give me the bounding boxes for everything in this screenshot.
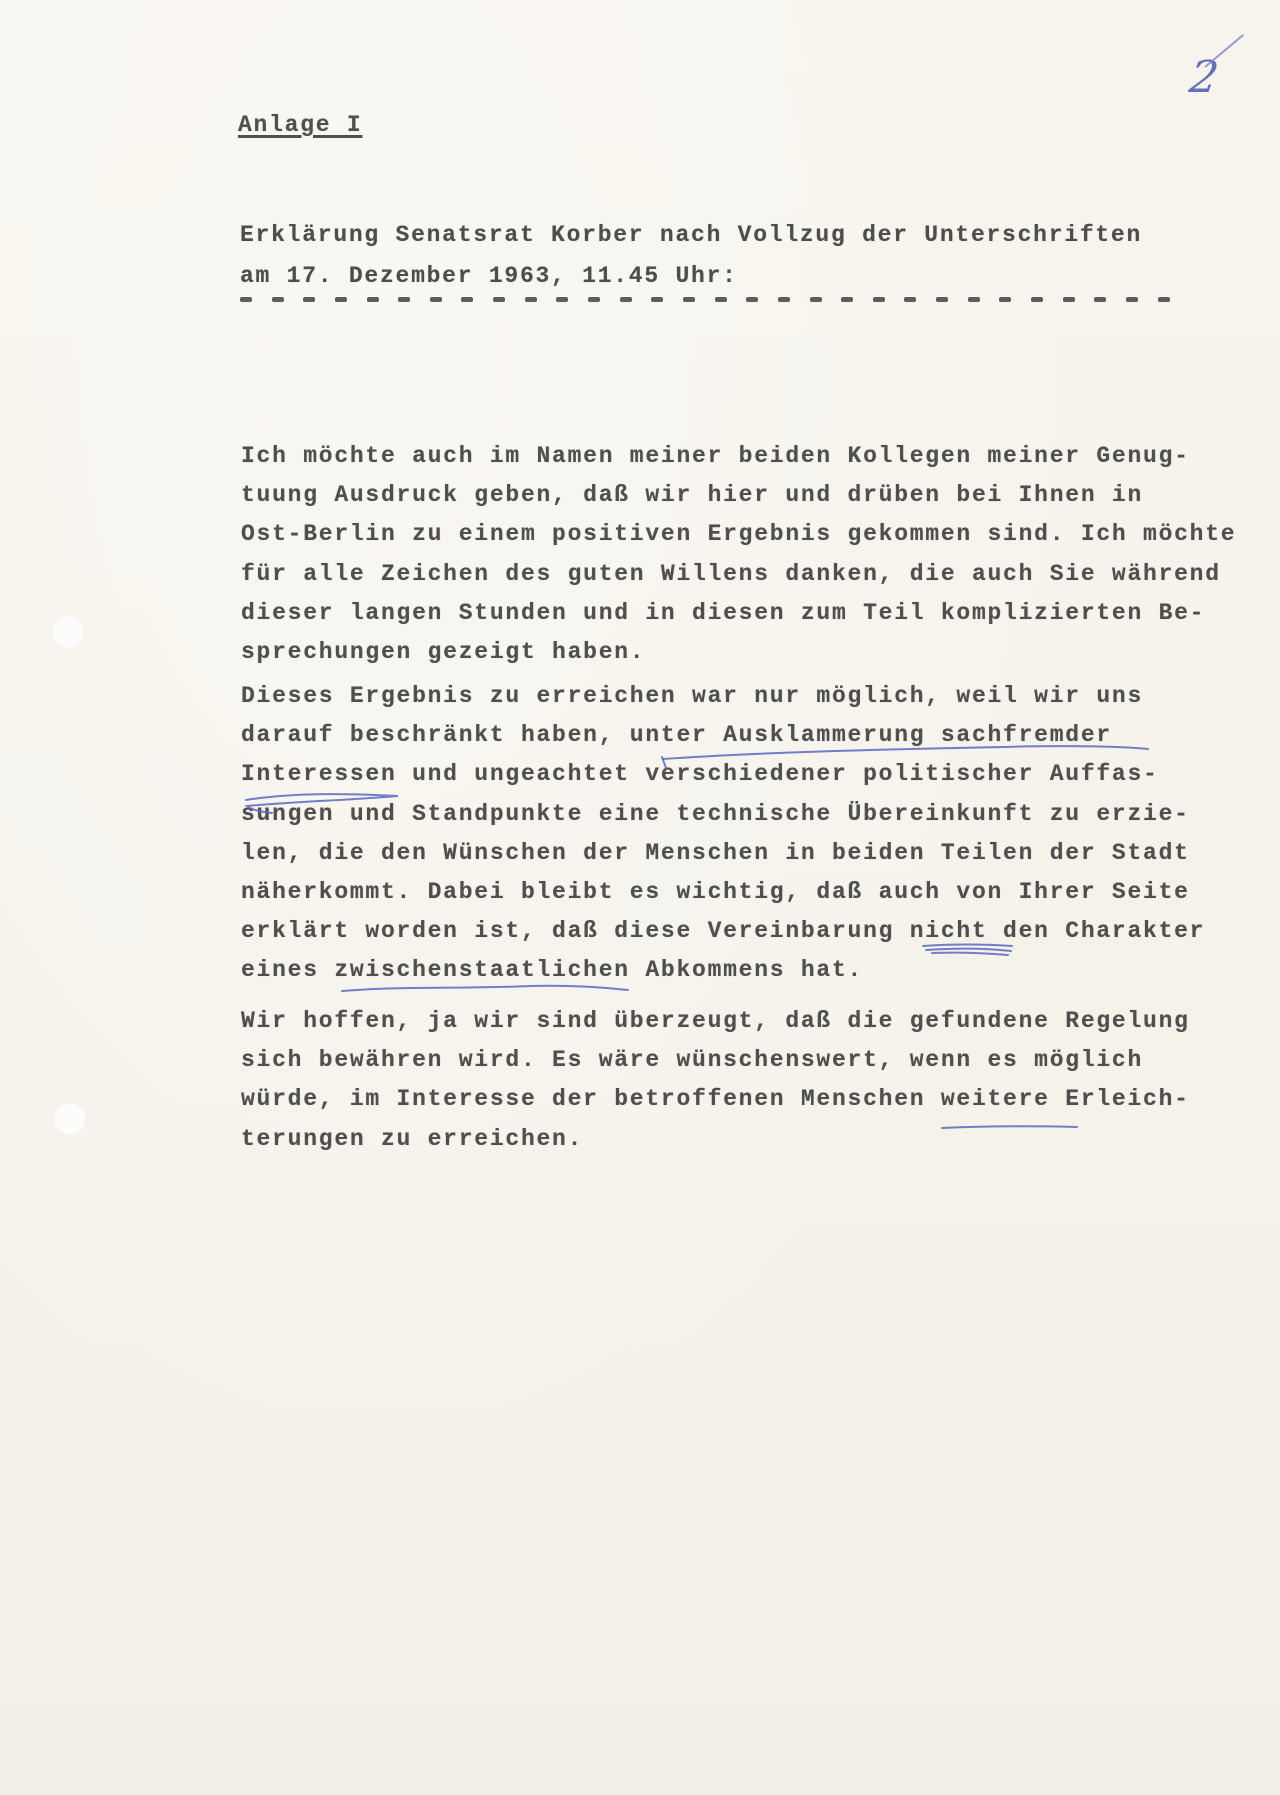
separator-dash [588, 297, 600, 302]
text-line: Wir hoffen, ja wir sind überzeugt, daß d… [241, 1008, 1190, 1047]
separator-dash [272, 297, 284, 302]
separator-dash [904, 297, 916, 302]
punch-hole-top [52, 616, 84, 648]
text-line: Interessen und ungeachtet verschiedener … [241, 761, 1205, 800]
separator-dash [335, 297, 347, 302]
separator-dash [715, 297, 727, 302]
separator-dash [1063, 297, 1075, 302]
statement-title-line-1: Erklärung Senatsrat Korber nach Vollzug … [240, 222, 1142, 248]
paragraph-2: Dieses Ergebnis zu erreichen war nur mög… [241, 683, 1205, 997]
separator-dash [461, 297, 473, 302]
separator-dash [746, 297, 758, 302]
text-line: darauf beschränkt haben, unter Ausklamme… [241, 722, 1205, 761]
text-line: terungen zu erreichen. [241, 1126, 1190, 1165]
separator-dash [367, 297, 379, 302]
text-line: würde, im Interesse der betroffenen Mens… [241, 1086, 1190, 1125]
separator-dashes [240, 297, 1170, 303]
text-line: Dieses Ergebnis zu erreichen war nur mög… [241, 683, 1205, 722]
separator-dash [556, 297, 568, 302]
text-line: erklärt worden ist, daß diese Vereinbaru… [241, 918, 1205, 957]
text-line: Ich möchte auch im Namen meiner beiden K… [241, 443, 1236, 482]
separator-dash [999, 297, 1011, 302]
text-line: sprechungen gezeigt haben. [241, 639, 1236, 678]
page-number-pen-stroke [1204, 34, 1244, 68]
separator-dash [968, 297, 980, 302]
text-line: eines zwischenstaatlichen Abkommens hat. [241, 957, 1205, 996]
separator-dash [683, 297, 695, 302]
paragraph-1: Ich möchte auch im Namen meiner beiden K… [241, 443, 1236, 678]
statement-title-line-2: am 17. Dezember 1963, 11.45 Uhr: [240, 263, 738, 289]
text-line: len, die den Wünschen der Menschen in be… [241, 840, 1205, 879]
annex-heading: Anlage I [238, 112, 362, 138]
separator-dash [936, 297, 948, 302]
text-line: für alle Zeichen des guten Willens danke… [241, 561, 1236, 600]
text-line: tuung Ausdruck geben, daß wir hier und d… [241, 482, 1236, 521]
separator-dash [1031, 297, 1043, 302]
separator-dash [620, 297, 632, 302]
separator-dash [873, 297, 885, 302]
separator-dash [810, 297, 822, 302]
separator-dash [493, 297, 505, 302]
separator-dash [398, 297, 410, 302]
document-page: 2 Anlage I Erklärung Senatsrat Korber na… [0, 0, 1280, 1795]
separator-dash [1158, 297, 1170, 302]
separator-dash [303, 297, 315, 302]
separator-dash [651, 297, 663, 302]
text-line: dieser langen Stunden und in diesen zum … [241, 600, 1236, 639]
text-line: sich bewähren wird. Es wäre wünschenswer… [241, 1047, 1190, 1086]
separator-dash [430, 297, 442, 302]
separator-dash [841, 297, 853, 302]
separator-dash [1094, 297, 1106, 302]
separator-dash [778, 297, 790, 302]
text-line: näherkommt. Dabei bleibt es wichtig, daß… [241, 879, 1205, 918]
handwritten-page-number: 2 [1186, 52, 1221, 103]
text-line: sungen und Standpunkte eine technische Ü… [241, 801, 1205, 840]
punch-hole-bottom [54, 1103, 86, 1135]
paragraph-3: Wir hoffen, ja wir sind überzeugt, daß d… [241, 1008, 1190, 1165]
separator-dash [240, 297, 252, 302]
separator-dash [525, 297, 537, 302]
separator-dash [1126, 297, 1138, 302]
text-line: Ost-Berlin zu einem positiven Ergebnis g… [241, 521, 1236, 560]
